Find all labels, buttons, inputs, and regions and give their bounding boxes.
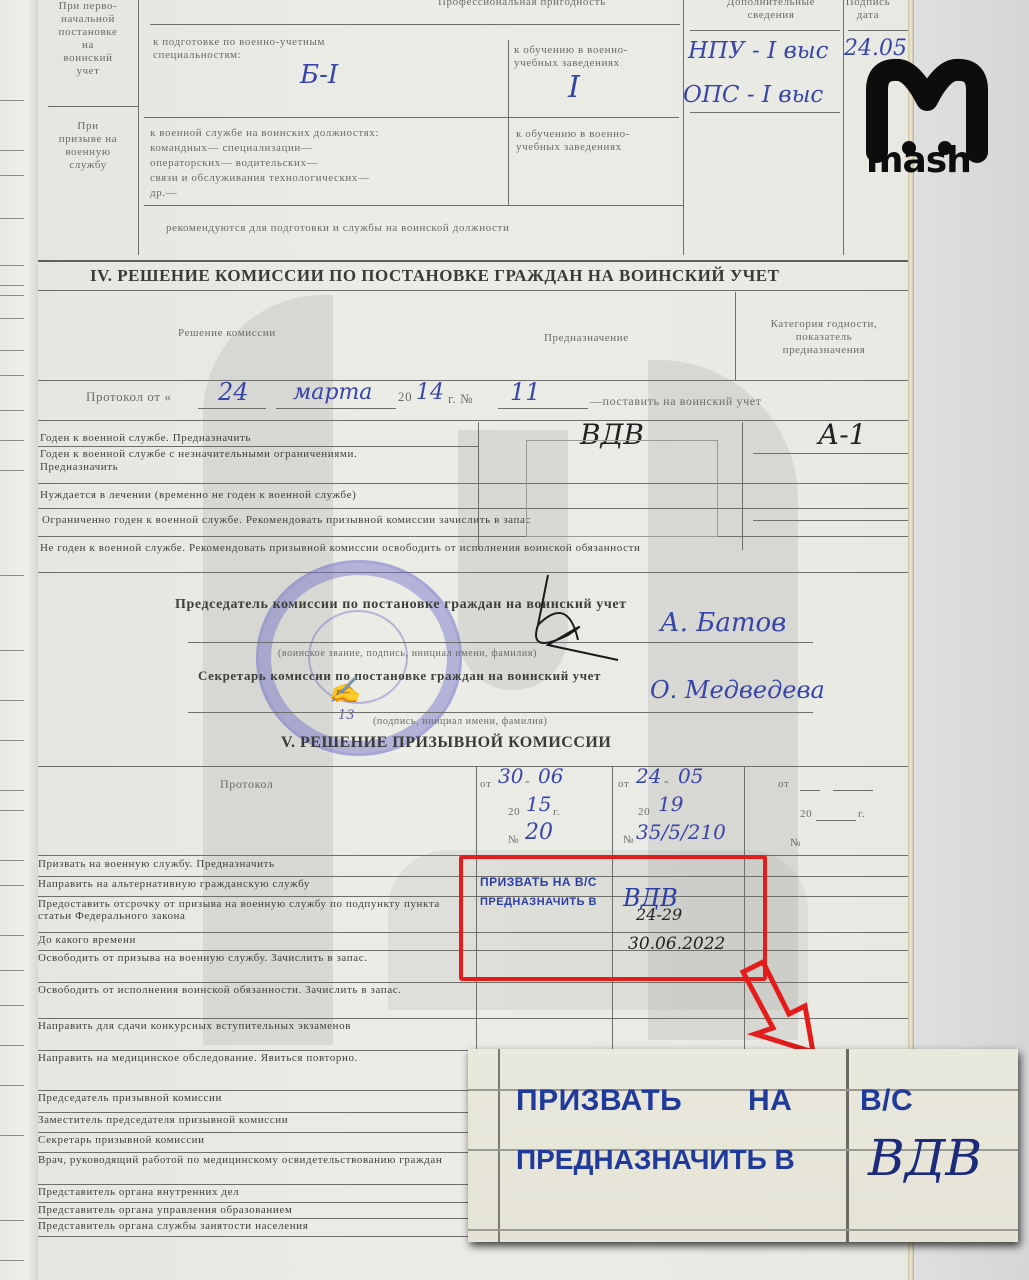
s5-row-label: Освободить от исполнения воинской обязан…: [38, 984, 468, 996]
s4-row-unfit: Не годен к военной службе. Рекомендовать…: [40, 542, 740, 555]
red-zigzag-arrow-icon: [735, 950, 835, 1060]
row2-col1: к военной службе на воинских должностях:…: [150, 126, 379, 201]
s5-row-label: Секретарь призывной комиссии: [38, 1134, 468, 1146]
inset-line1b: НА: [748, 1084, 792, 1118]
secretary-name: О. Медведева: [650, 676, 825, 704]
zoomed-inset: ПРИЗВАТЬ НА В/С ПРЕДНАЗНАЧИТЬ В ВДВ: [468, 1049, 1018, 1242]
binder-strip: [0, 0, 38, 1280]
s5-row-label: Направить на альтернативную гражданскую …: [38, 878, 468, 890]
s5-row-label: Призвать на военную службу. Предназначит…: [38, 858, 468, 870]
chairman-caption: (воинское звание, подпись, инициал имени…: [278, 647, 537, 660]
s5-row-label: Предоставить отсрочку от призыва на воен…: [38, 898, 468, 922]
category-value: А-1: [818, 418, 866, 451]
row1-col1-value: Б-I: [300, 60, 338, 90]
chairman-name: А. Батов: [660, 608, 786, 638]
protocol-month: марта: [293, 380, 372, 405]
header-signature: Подпись дата: [838, 0, 898, 22]
row1-col1-label: к подготовке по военно-учетнымспециально…: [153, 36, 325, 62]
protocol-year: 14: [416, 380, 444, 405]
protocol-day: 24: [218, 378, 249, 406]
header-professional: Профессиональная пригодность: [438, 0, 606, 9]
col-category: Категория годности,показательпредназначе…: [738, 318, 910, 357]
additional-line-1: НПУ - I выс: [688, 38, 829, 64]
s5-row-label: До какого времени: [38, 934, 468, 946]
s5-row-label: Освободить от призыва на военную службу.…: [38, 952, 468, 964]
chairman-signature: [508, 565, 628, 665]
secretary-label: Секретарь комиссии по постановке граждан…: [198, 669, 601, 682]
s5-row-label: Направить для сдачи конкурсных вступител…: [38, 1020, 468, 1032]
row2-label: Припризыве навоеннуюслужбу: [38, 120, 138, 172]
protocol-year-suffix: г. №: [448, 392, 473, 405]
protocol1-month: 06: [538, 764, 563, 788]
protocol2-month: 05: [678, 764, 703, 788]
col-decision: Решение комиссии: [178, 327, 276, 340]
row1-col2-label: к обучению в военно-учебных заведениях: [514, 44, 628, 70]
inset-line1a: ПРИЗВАТЬ: [516, 1084, 682, 1118]
protocol2-year: 19: [658, 792, 683, 816]
protocol-year-prefix: 20: [398, 390, 412, 403]
inset-line1c: В/С: [860, 1084, 913, 1118]
faded-stamp-box: [526, 440, 718, 537]
inset-line2: ПРЕДНАЗНАЧИТЬ В: [516, 1144, 795, 1176]
s5-row-label: Представитель органа службы занятости на…: [38, 1220, 468, 1232]
protocol2-number: 35/5/210: [636, 820, 726, 844]
s4-row-treatment: Нуждается в лечении (временно не годен к…: [40, 489, 356, 502]
s5-row-label: Председатель призывной комиссии: [38, 1092, 468, 1104]
protocol1-year: 15: [526, 792, 551, 816]
s5-row-label: Направить на медицинское обследование. Я…: [38, 1052, 468, 1064]
row1-label: При перво-начальнойпостановкенавоинскийу…: [38, 0, 138, 78]
s5-row-label: Врач, руководящий работой по медицинском…: [38, 1154, 468, 1166]
s4-row-fit: Годен к военной службе. Предназначить: [40, 432, 251, 445]
header-additional: Дополнительные сведения: [706, 0, 836, 22]
highlight-box: [459, 855, 767, 981]
s5-row-label: Заместитель председателя призывной комис…: [38, 1114, 468, 1126]
s4-row-fit-limited: Годен к военной службе с незначительными…: [40, 448, 360, 474]
col-assignment: Предназначение: [544, 332, 629, 345]
protocol-prefix: Протокол от «: [86, 390, 172, 403]
recommended-text: рекомендуются для подготовки и службы на…: [166, 222, 509, 235]
secretary-caption: (подпись, инициал имени, фамилия): [373, 715, 547, 728]
additional-line-2: ОПС - I выс: [683, 82, 823, 108]
row1-col2-value: I: [568, 70, 580, 105]
s5-row-label: Представитель органа внутренних дел: [38, 1186, 468, 1198]
row2-col2-label: к обучению в военно-учебных заведениях: [516, 128, 630, 154]
section4-title: IV. РЕШЕНИЕ КОМИССИИ ПО ПОСТАНОВКЕ ГРАЖД…: [90, 266, 779, 286]
protocol-suffix: —поставить на воинский учет: [590, 395, 762, 408]
protocol1-number: 20: [525, 820, 553, 845]
protocol-label: Протокол: [220, 778, 273, 791]
protocol2-day: 24: [636, 764, 661, 788]
protocol-number: 11: [510, 378, 541, 406]
protocol1-day: 30: [498, 764, 523, 788]
s4-row-limited: Ограниченно годен к военной службе. Реко…: [42, 514, 531, 527]
secretary-signature: ✍: [328, 676, 360, 706]
section5-title: V. РЕШЕНИЕ ПРИЗЫВНОЙ КОМИССИИ: [281, 734, 611, 752]
inset-handwritten: ВДВ: [868, 1129, 982, 1187]
seal-number: 13: [338, 708, 355, 723]
s5-row-label: Представитель органа управления образова…: [38, 1204, 468, 1216]
mash-logo-text: mash: [866, 140, 971, 181]
